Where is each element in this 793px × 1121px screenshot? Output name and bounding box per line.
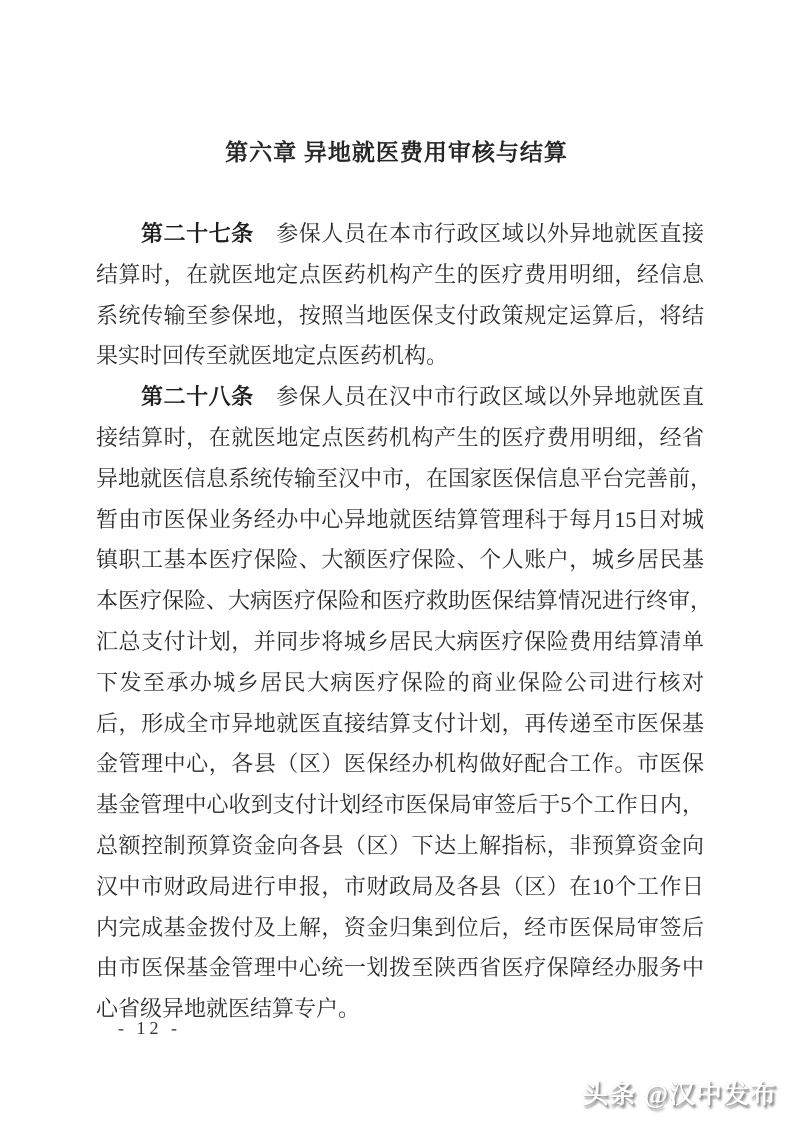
text-line-content: 金管理中心，各县（区）医保经办机构做好配合工作。市医保: [96, 751, 704, 776]
text-line: 后，形成全市异地就医直接结算支付计划，再传递至市医保基: [96, 704, 704, 745]
text-line-content: 本医疗保险、大病医疗保险和医疗救助医保结算情况进行终审，: [96, 588, 704, 613]
text-line: 汇总支付计划，并同步将城乡居民大病医疗保险费用结算清单: [96, 622, 704, 663]
text-line-content: 参保人员在汉中市行政区域以外异地就医直: [254, 384, 704, 409]
text-line-content: 内完成基金拨付及上解，资金归集到位后，经市医保局审签后: [96, 915, 704, 940]
document-body: 第二十七条 参保人员在本市行政区域以外异地就医直接 结算时，在就医地定点医药机构…: [96, 214, 704, 1030]
text-line-content: 汇总支付计划，并同步将城乡居民大病医疗保险费用结算清单: [96, 629, 704, 654]
text-line: 金管理中心，各县（区）医保经办机构做好配合工作。市医保: [96, 744, 704, 785]
text-line-content: 后，形成全市异地就医直接结算支付计划，再传递至市医保基: [96, 711, 704, 736]
text-line-content: 汉中市财政局进行申报，市财政局及各县（区）在10个工作日: [96, 874, 704, 899]
chapter-title: 第六章 异地就医费用审核与结算: [0, 134, 793, 167]
text-line: 第二十七条 参保人员在本市行政区域以外异地就医直接: [96, 214, 704, 255]
text-line: 镇职工基本医疗保险、大额医疗保险、个人账户，城乡居民基: [96, 540, 704, 581]
text-line-content: 总额控制预算资金向各县（区）下达上解指标，非预算资金向: [96, 833, 704, 858]
text-line-content: 异地就医信息系统传输至汉中市，在国家医保信息平台完善前，: [96, 466, 704, 491]
article-number: 第二十八条: [141, 384, 254, 409]
text-line-content: 镇职工基本医疗保险、大额医疗保险、个人账户，城乡居民基: [96, 547, 704, 572]
text-line: 果实时回传至就医地定点医药机构。: [96, 336, 704, 377]
text-line: 异地就医信息系统传输至汉中市，在国家医保信息平台完善前，: [96, 459, 704, 500]
text-line: 汉中市财政局进行申报，市财政局及各县（区）在10个工作日: [96, 867, 704, 908]
document-page: 第六章 异地就医费用审核与结算 第二十七条 参保人员在本市行政区域以外异地就医直…: [0, 0, 793, 1121]
text-line: 结算时，在就医地定点医药机构产生的医疗费用明细，经信息: [96, 255, 704, 296]
text-line-content: 结算时，在就医地定点医药机构产生的医疗费用明细，经信息: [96, 262, 704, 287]
article-number: 第二十七条: [141, 221, 254, 246]
text-line-content: 系统传输至参保地，按照当地医保支付政策规定运算后，将结: [96, 303, 704, 328]
watermark-toutiao: 头条 @汉中发布: [582, 1074, 777, 1111]
text-line-content: 参保人员在本市行政区域以外异地就医直接: [254, 221, 704, 246]
text-line-content: 基金管理中心收到支付计划经市医保局审签后于5个工作日内，: [96, 792, 704, 817]
text-line: 本医疗保险、大病医疗保险和医疗救助医保结算情况进行终审，: [96, 581, 704, 622]
text-line-content: 暂由市医保业务经办中心异地就医结算管理科于每月15日对城: [96, 507, 704, 532]
text-line-content: 接结算时，在就医地定点医药机构产生的医疗费用明细，经省: [96, 425, 704, 450]
text-line: 内完成基金拨付及上解，资金归集到位后，经市医保局审签后: [96, 908, 704, 949]
text-line: 第二十八条 参保人员在汉中市行政区域以外异地就医直: [96, 377, 704, 418]
text-line-content: 由市医保基金管理中心统一划拨至陕西省医疗保障经办服务中: [96, 955, 704, 980]
text-line: 由市医保基金管理中心统一划拨至陕西省医疗保障经办服务中: [96, 948, 704, 989]
text-line-content: 果实时回传至就医地定点医药机构。: [96, 343, 448, 368]
text-line: 暂由市医保业务经办中心异地就医结算管理科于每月15日对城: [96, 500, 704, 541]
text-line: 系统传输至参保地，按照当地医保支付政策规定运算后，将结: [96, 296, 704, 337]
text-line: 心省级异地就医结算专户。: [96, 989, 704, 1030]
text-line: 基金管理中心收到支付计划经市医保局审签后于5个工作日内，: [96, 785, 704, 826]
text-line: 下发至承办城乡居民大病医疗保险的商业保险公司进行核对: [96, 663, 704, 704]
text-line: 总额控制预算资金向各县（区）下达上解指标，非预算资金向: [96, 826, 704, 867]
page-number: - 12 -: [118, 1018, 181, 1039]
text-line-content: 下发至承办城乡居民大病医疗保险的商业保险公司进行核对: [96, 670, 704, 695]
text-line: 接结算时，在就医地定点医药机构产生的医疗费用明细，经省: [96, 418, 704, 459]
